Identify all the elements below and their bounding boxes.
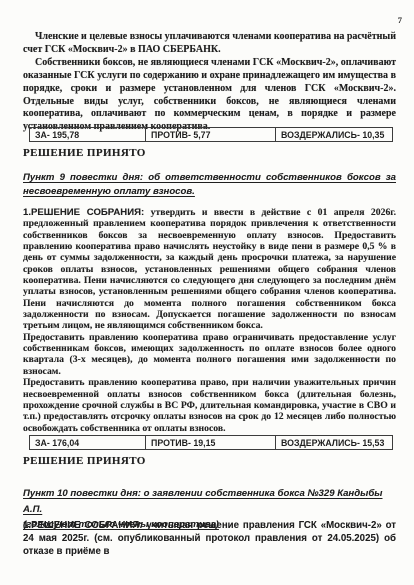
- table-row: ЗА- 195,78 ПРОТИВ- 5,77 ВОЗДЕРЖАЛИСЬ- 10…: [30, 128, 393, 142]
- votes-abstained-cell: ВОЗДЕРЖАЛИСЬ- 10,35: [276, 128, 393, 142]
- intro-paragraph-2: Собственники боксов, не являющиеся члена…: [23, 57, 396, 134]
- votes-abstained-cell: ВОЗДЕРЖАЛИСЬ- 15,53: [276, 436, 393, 450]
- intro-paragraph-1: Членские и целевые взносы уплачиваются ч…: [23, 31, 396, 57]
- vote-results-table-1: ЗА- 195,78 ПРОТИВ- 5,77 ВОЗДЕРЖАЛИСЬ- 10…: [29, 127, 393, 142]
- intro-section: Членские и целевые взносы уплачиваются ч…: [23, 31, 396, 134]
- item9-paragraph-3: Предоставить правлению кооператива право…: [23, 377, 396, 434]
- vote-results-table-2: ЗА- 176,04 ПРОТИВ- 19,15 ВОЗДЕРЖАЛИСЬ- 1…: [29, 435, 393, 450]
- decision-adopted-label-1: РЕШЕНИЕ ПРИНЯТО: [23, 147, 146, 160]
- table-row: ЗА- 176,04 ПРОТИВ- 19,15 ВОЗДЕРЖАЛИСЬ- 1…: [30, 436, 393, 450]
- votes-against-cell: ПРОТИВ- 19,15: [146, 436, 276, 450]
- agenda-item-9-heading: Пункт 9 повестки дня: об ответственности…: [23, 171, 396, 200]
- votes-against-cell: ПРОТИВ- 5,77: [146, 128, 276, 142]
- decision-adopted-label-2: РЕШЕНИЕ ПРИНЯТО: [23, 455, 146, 468]
- page-number: 7: [398, 15, 402, 25]
- item10-resolution-label: 1.РЕШЕНИЕ СОБРАНИЯ:: [23, 520, 142, 531]
- item9-resolution-paragraph: 1.РЕШЕНИЕ СОБРАНИЯ: утвердить и ввести в…: [23, 207, 396, 332]
- agenda-item-10-heading-line-1: Пункт 10 повестки дня: о заявлении собст…: [23, 486, 396, 517]
- item10-resolution-section: 1.РЕШЕНИЕ СОБРАНИЯ: учитывая решение пра…: [23, 520, 396, 558]
- document-page: 7 Членские и целевые взносы уплачиваются…: [0, 0, 414, 585]
- item9-resolution-label: 1.РЕШЕНИЕ СОБРАНИЯ:: [23, 207, 144, 218]
- votes-for-cell: ЗА- 176,04: [30, 436, 146, 450]
- item10-resolution-paragraph: 1.РЕШЕНИЕ СОБРАНИЯ: учитывая решение пра…: [23, 520, 396, 558]
- item9-resolution-section: 1.РЕШЕНИЕ СОБРАНИЯ: утвердить и ввести в…: [23, 207, 396, 434]
- item9-paragraph-2: Предоставить правлению кооператива право…: [23, 332, 396, 377]
- votes-for-cell: ЗА- 195,78: [30, 128, 146, 142]
- item9-resolution-text: утвердить и ввести в действие с 01 апрел…: [23, 207, 396, 331]
